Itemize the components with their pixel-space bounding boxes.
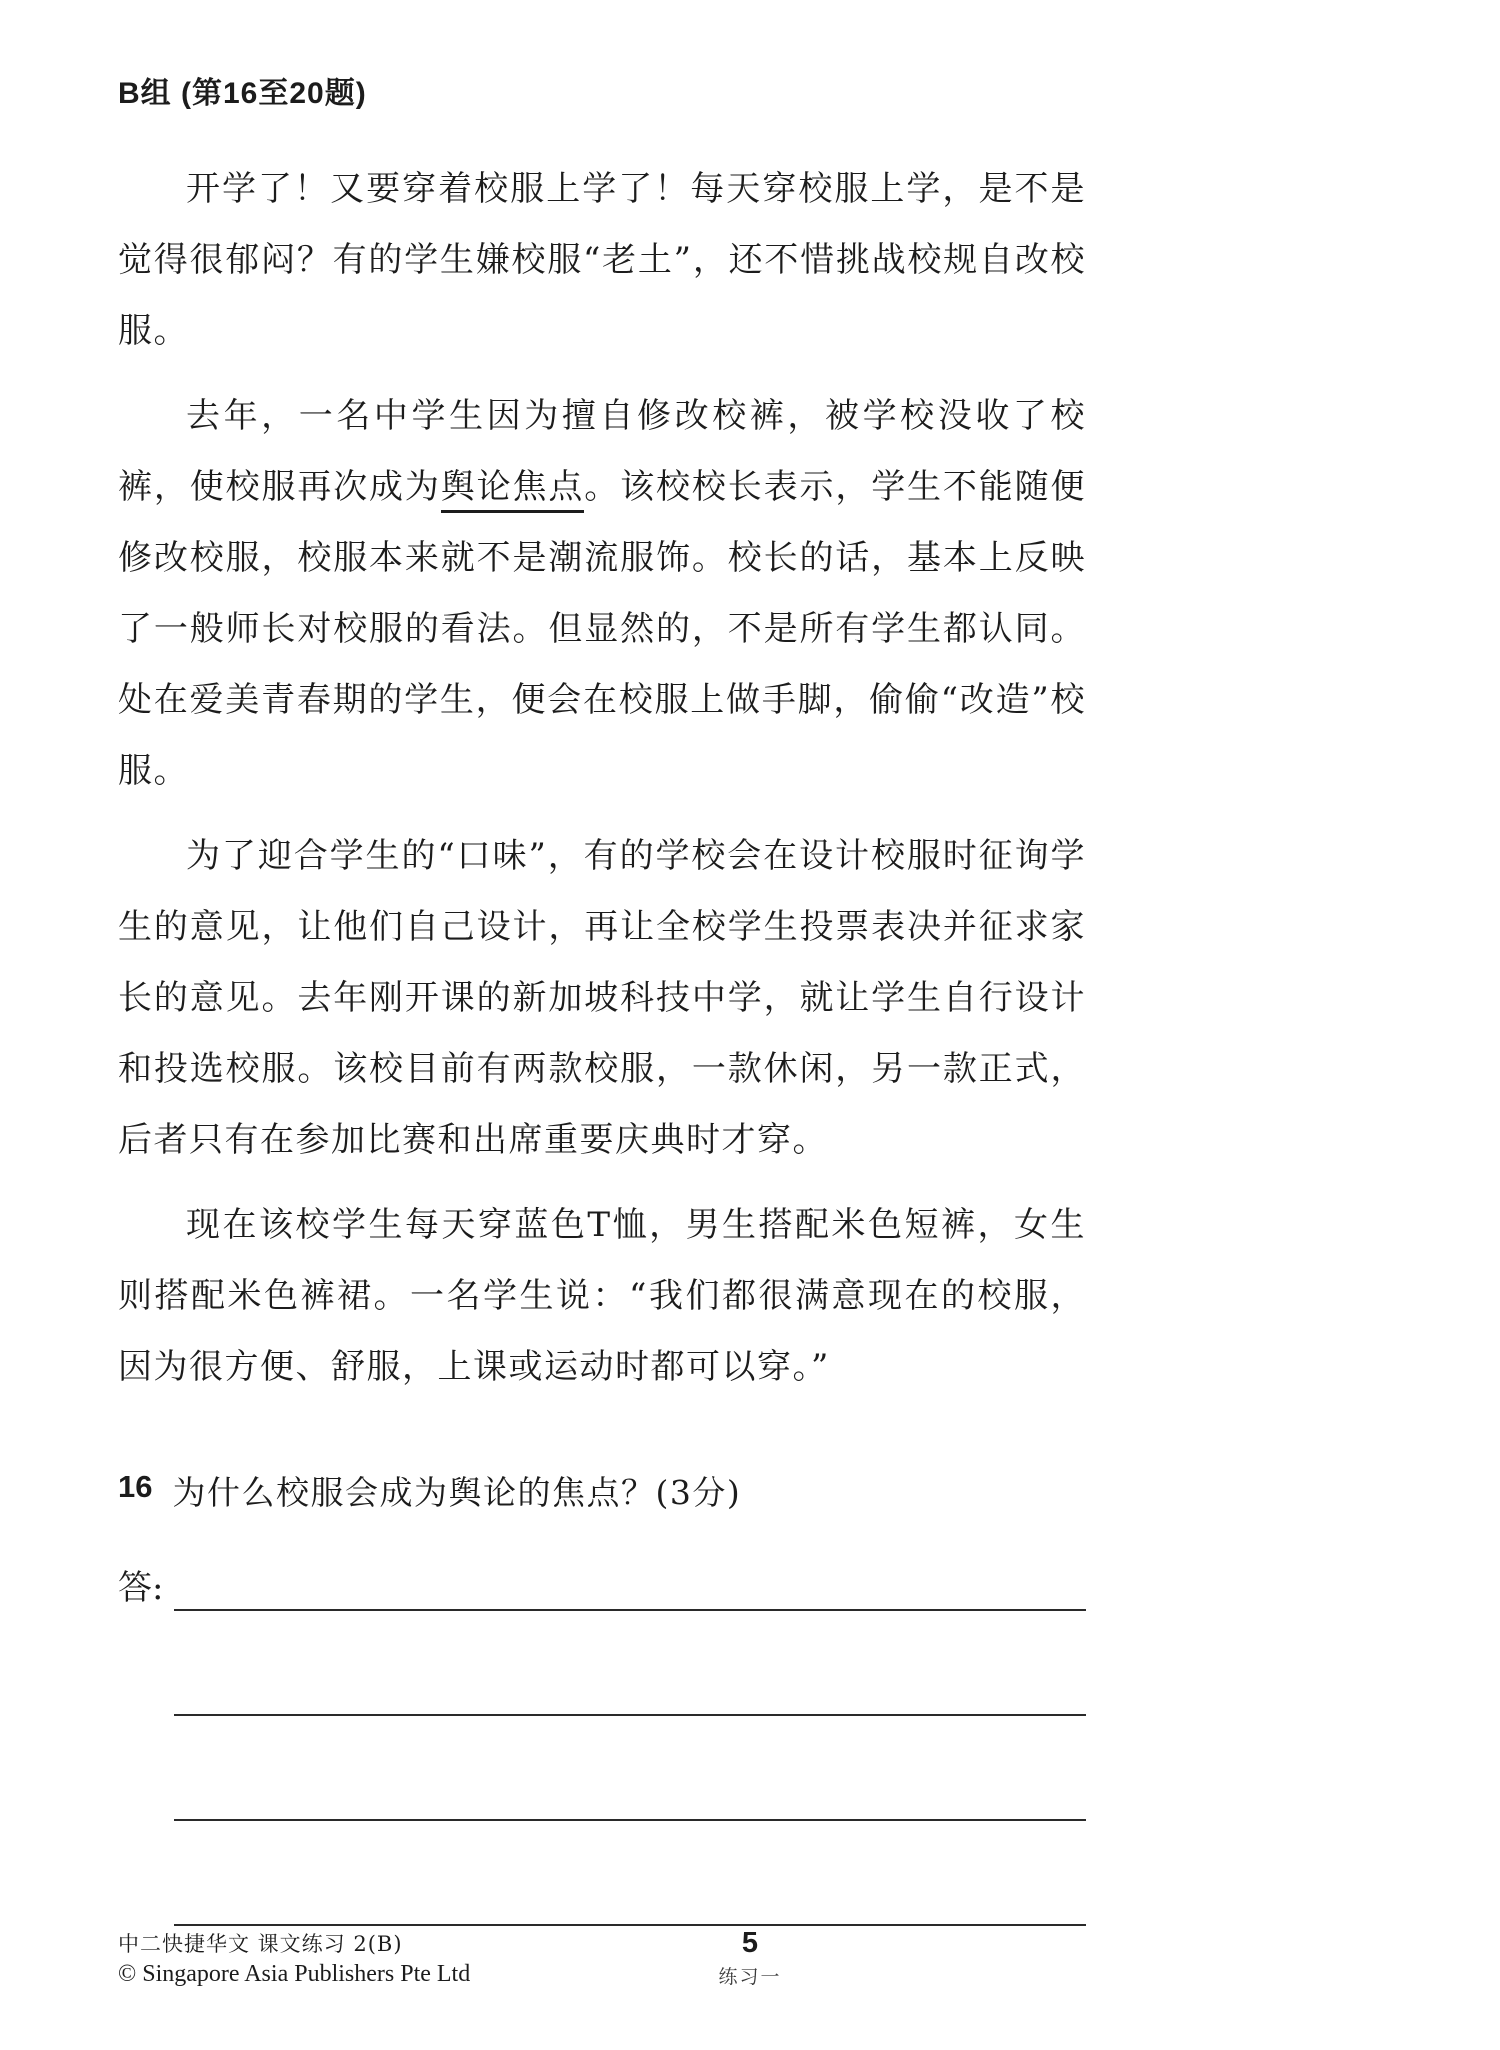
answer-line bbox=[174, 1821, 1086, 1926]
section-header: B组 (第16至20题) bbox=[118, 68, 1086, 112]
answer-row-1: 答: bbox=[118, 1560, 1086, 1611]
page-footer: 中二快捷华文 课文练习 2(B) © Singapore Asia Publis… bbox=[0, 1928, 1500, 1998]
answer-line bbox=[174, 1569, 1086, 1611]
footer-center: 5 练习一 bbox=[718, 1928, 781, 1989]
underlined-phrase: 舆论焦点 bbox=[441, 467, 584, 513]
paragraph-text: 。该校校长表示，学生不能随便修改校服，校服本来就不是潮流服饰。校长的话，基本上反… bbox=[118, 467, 1086, 791]
question-16: 16 为什么校服会成为舆论的焦点？(3分) bbox=[118, 1467, 1086, 1514]
answer-section: 答: bbox=[118, 1560, 1086, 1926]
answer-line bbox=[174, 1716, 1086, 1821]
passage-paragraph-2: 去年，一名中学生因为擅自修改校裤，被学校没收了校裤，使校服再次成为舆论焦点。该校… bbox=[118, 381, 1086, 807]
footer-left: 中二快捷华文 课文练习 2(B) © Singapore Asia Publis… bbox=[118, 1928, 470, 1988]
paragraph-text: 为了迎合学生的“口味”，有的学校会在设计校服时征询学生的意见，让他们自己设计，再… bbox=[118, 836, 1086, 1160]
paragraph-text: 开学了！又要穿着校服上学了！每天穿校服上学，是不是觉得很郁闷？有的学生嫌校服“老… bbox=[118, 169, 1086, 351]
page-number: 5 bbox=[718, 1928, 781, 1958]
question-number: 16 bbox=[118, 1467, 152, 1505]
page-content: B组 (第16至20题) 开学了！又要穿着校服上学了！每天穿校服上学，是不是觉得… bbox=[118, 68, 1086, 1926]
answer-line bbox=[174, 1611, 1086, 1716]
book-title: 中二快捷华文 课文练习 2(B) bbox=[118, 1928, 470, 1958]
copyright-notice: © Singapore Asia Publishers Pte Ltd bbox=[118, 1961, 470, 1988]
worksheet-page: B组 (第16至20题) 开学了！又要穿着校服上学了！每天穿校服上学，是不是觉得… bbox=[0, 0, 1500, 2050]
passage-paragraph-1: 开学了！又要穿着校服上学了！每天穿校服上学，是不是觉得很郁闷？有的学生嫌校服“老… bbox=[118, 154, 1086, 367]
question-text: 为什么校服会成为舆论的焦点？(3分) bbox=[172, 1467, 741, 1514]
answer-label: 答: bbox=[118, 1560, 174, 1611]
paragraph-text: 现在该校学生每天穿蓝色T恤，男生搭配米色短裤，女生则搭配米色裤裙。一名学生说：“… bbox=[118, 1205, 1086, 1387]
passage-paragraph-3: 为了迎合学生的“口味”，有的学校会在设计校服时征询学生的意见，让他们自己设计，再… bbox=[118, 821, 1086, 1176]
exercise-label: 练习一 bbox=[718, 1962, 781, 1989]
passage-paragraph-4: 现在该校学生每天穿蓝色T恤，男生搭配米色短裤，女生则搭配米色裤裙。一名学生说：“… bbox=[118, 1190, 1086, 1403]
